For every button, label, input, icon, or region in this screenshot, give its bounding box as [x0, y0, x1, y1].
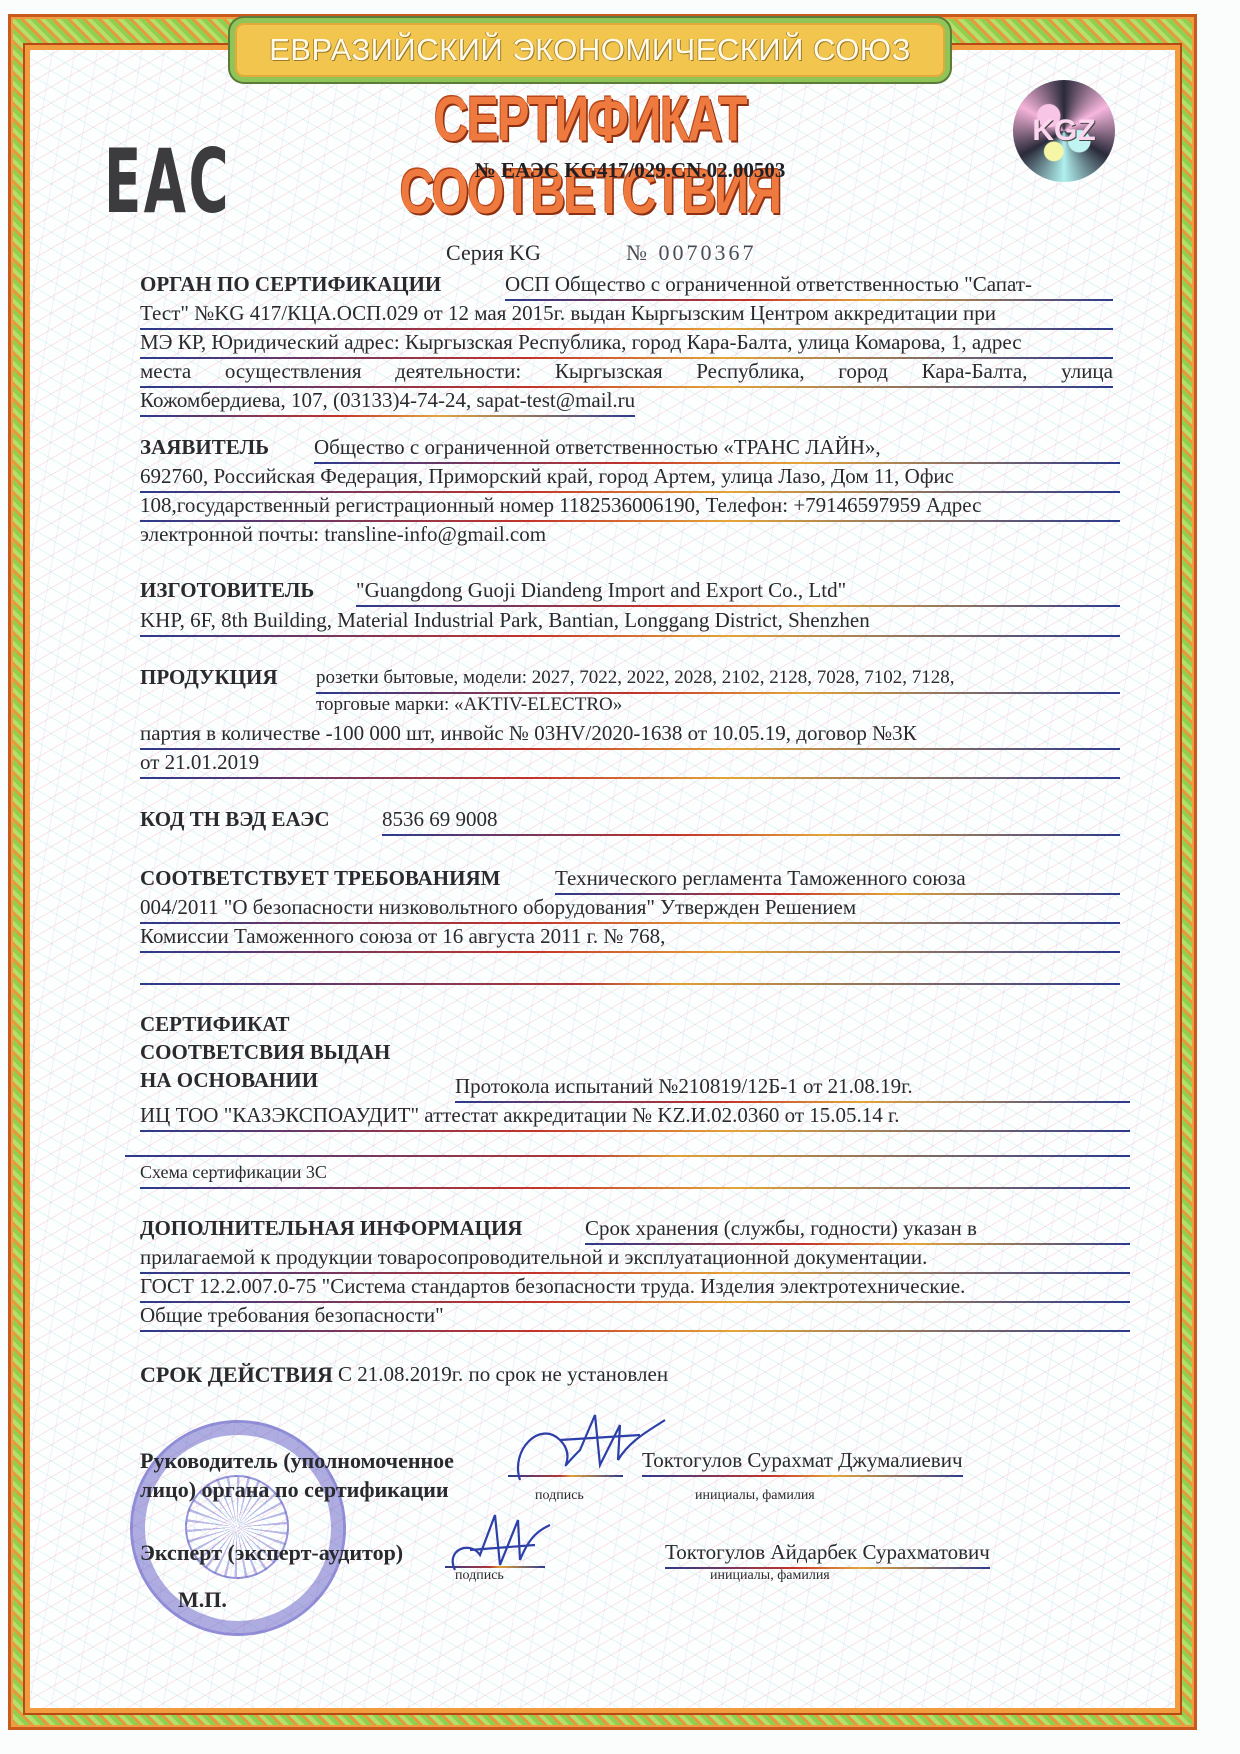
product-line: партия в количестве -100 000 шт, инвойс … [140, 719, 1120, 750]
signature-caption: подпись [535, 1488, 584, 1504]
additional-info-line: Срок хранения (службы, годности) указан … [585, 1214, 1130, 1245]
eaeu-banner-text: ЕВРАЗИЙСКИЙ ЭКОНОМИЧЕСКИЙ СОЮЗ [269, 32, 911, 68]
applicant-line: Общество с ограниченной ответственностью… [314, 433, 1120, 464]
series-label: Серия KG [446, 238, 541, 267]
applicant-line: электронной почты: transline-info@gmail.… [140, 520, 546, 549]
certification-body-line: места осуществления деятельности: Кыргыз… [140, 357, 1113, 388]
additional-info-line: ГОСТ 12.2.007.0-75 "Система стандартов б… [140, 1272, 1130, 1303]
expert-name: Токтогулов Айдарбек Сурахматович [665, 1538, 990, 1569]
certification-scheme: Схема сертификации 3С [140, 1158, 1130, 1189]
head-label: Руководитель (уполномоченное [140, 1446, 454, 1475]
product-line: торговые марки: «AKTIV-ELECTRO» [316, 690, 622, 719]
additional-info-line: Общие требования безопасности" [140, 1301, 1130, 1332]
hologram-text: KGZ [1032, 114, 1095, 148]
applicant-label: ЗАЯВИТЕЛЬ [140, 433, 269, 462]
hologram-icon: KGZ [1013, 80, 1115, 182]
certification-body-line: ОСП Общество с ограниченной ответственно… [505, 270, 1113, 301]
head-label: лицо) органа по сертификации [140, 1475, 449, 1504]
serial-number: № 0070367 [626, 238, 757, 267]
eac-logo-icon: ЕАС [104, 142, 231, 222]
name-caption: инициалы, фамилия [710, 1568, 830, 1584]
requirements-line: 004/2011 "О безопасности низковольтного … [140, 893, 1120, 924]
requirements-label: СООТВЕТСТВУЕТ ТРЕБОВАНИЯМ [140, 864, 500, 893]
validity-value: С 21.08.2019г. по срок не установлен [338, 1360, 668, 1389]
requirements-line: Комиссии Таможенного союза от 16 августа… [140, 922, 1120, 953]
expert-label: Эксперт (эксперт-аудитор) [140, 1538, 403, 1567]
basis-line: ИЦ ТОО "КАЗЭКСПОАУДИТ" аттестат аккредит… [140, 1101, 1130, 1132]
basis-line: Протокола испытаний №210819/12Б-1 от 21.… [455, 1072, 1130, 1103]
manufacturer-line: KHP, 6F, 8th Building, Material Industri… [140, 606, 1120, 637]
seal-label: М.П. [178, 1585, 227, 1614]
hs-code-label: КОД ТН ВЭД ЕАЭС [140, 805, 330, 834]
applicant-line: 108,государственный регистрационный номе… [140, 491, 1120, 522]
basis-label: СООТВЕТСВИЯ ВЫДАН [140, 1038, 390, 1067]
manufacturer-line: "Guangdong Guoji Diandeng Import and Exp… [356, 576, 1120, 607]
product-line: от 21.01.2019 [140, 748, 1120, 779]
certification-body-line: Кожомбердиева, 107, (03133)4-74-24, sapa… [140, 386, 635, 417]
validity-label: СРОК ДЕЙСТВИЯ [140, 1360, 333, 1389]
product-label: ПРОДУКЦИЯ [140, 663, 278, 692]
eaeu-banner: ЕВРАЗИЙСКИЙ ЭКОНОМИЧЕСКИЙ СОЮЗ [230, 18, 950, 82]
hs-code-value: 8536 69 9008 [382, 805, 1120, 836]
manufacturer-label: ИЗГОТОВИТЕЛЬ [140, 576, 314, 605]
applicant-line: 692760, Российская Федерация, Приморский… [140, 462, 1120, 493]
signature-caption: подпись [455, 1568, 504, 1584]
certification-body-label: ОРГАН ПО СЕРТИФИКАЦИИ [140, 270, 441, 299]
blank-line [140, 983, 1120, 985]
basis-label: СЕРТИФИКАТ [140, 1010, 290, 1039]
certification-body-line: МЭ КР, Юридический адрес: Кыргызская Рес… [140, 328, 1113, 359]
certification-body-line: Тест" №KG 417/КЦА.ОСП.029 от 12 мая 2015… [140, 299, 1113, 330]
certificate-title: СЕРТИФИКАТ СООТВЕТСТВИЯ [334, 83, 846, 228]
additional-info-label: ДОПОЛНИТЕЛЬНАЯ ИНФОРМАЦИЯ [140, 1214, 522, 1243]
basis-label: НА ОСНОВАНИИ [140, 1066, 318, 1095]
additional-info-line: прилагаемой к продукции товаросопроводит… [140, 1243, 1130, 1274]
head-name: Токтогулов Сурахмат Джумалиевич [642, 1446, 963, 1477]
name-caption: инициалы, фамилия [695, 1488, 815, 1504]
certificate-number: № ЕАЭС KG417/029.CN.02.00503 [300, 158, 960, 183]
blank-line [125, 1155, 1130, 1157]
requirements-line: Технического регламента Таможенного союз… [555, 864, 1120, 895]
